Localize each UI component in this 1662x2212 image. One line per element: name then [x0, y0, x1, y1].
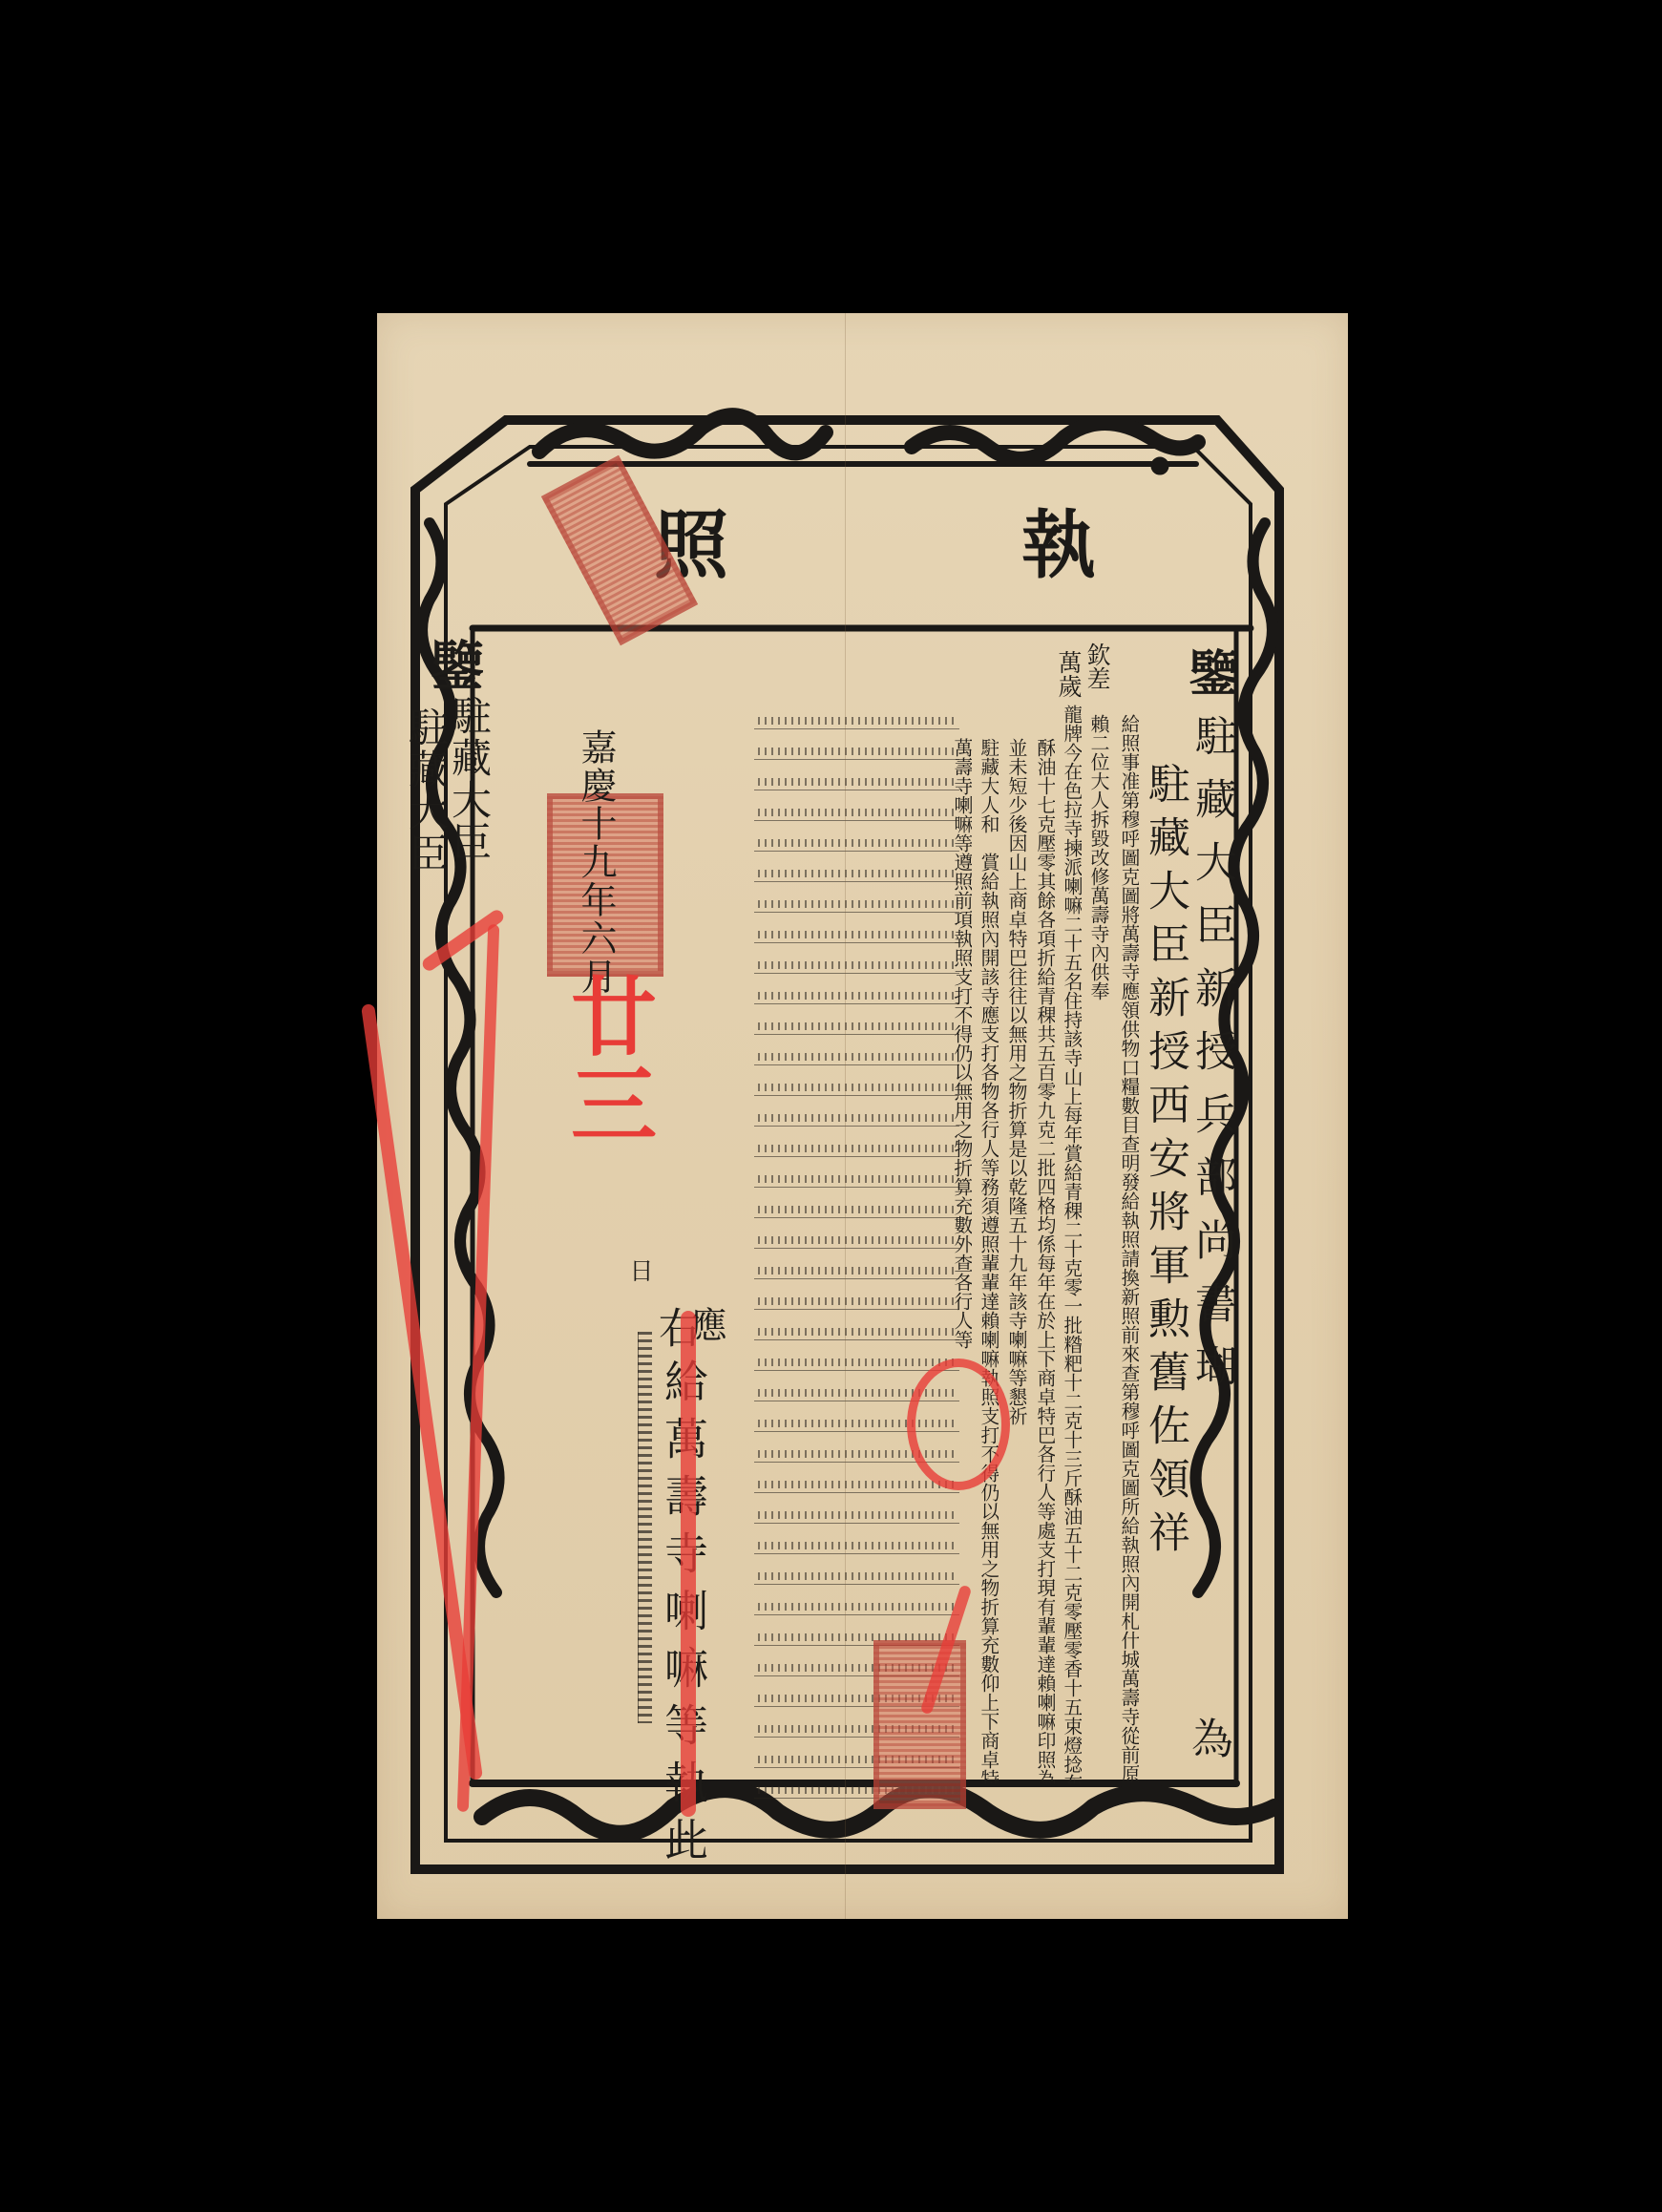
left-official-col1: 駐藏大臣 — [449, 695, 489, 863]
body-col-5: 並未短少後因山上商卓特巴往往以無用之物折算是以乾隆五十九年該寺喇嘛等懇祈 — [1007, 738, 1026, 1425]
body-col-6: 駐藏大人和 賞給執照內開該寺應支打各物各行人等務須遵照輩輩達賴喇嘛執照支打不得仍… — [979, 738, 999, 1783]
right-seal-mark: 鑒 — [1184, 647, 1233, 699]
official-title-col1: 駐藏大臣新授兵部尚書瑚 — [1190, 714, 1232, 1407]
tibetan-vertical-line — [638, 1332, 652, 1723]
day-vermilion: 廿三 — [563, 972, 649, 1148]
official-title-col2: 駐藏大臣新授西安將軍勲舊佐領祥 — [1144, 762, 1186, 1564]
left-seal-mark: 鑒 — [427, 638, 480, 693]
body-col-4: 酥油十七克壓零其餘各項折給青稞共五百零九克二批四格均係每年在於上下商卓特巴各行人… — [1036, 738, 1055, 1783]
permit-paper: 執 照 鑒 駐藏大臣新授兵部尚書瑚 駐藏大臣新授西安將軍勲舊佐領祥 為 欽差 萬… — [377, 313, 1348, 1919]
day-suffix: 日 — [628, 1258, 652, 1282]
body-col-1: 給照事准第穆呼圖克圖將萬壽寺應領供物口糧數目查明發給執照請換新照前來查第穆呼圖克… — [1120, 714, 1139, 1783]
imperial-col1: 欽差 — [1085, 643, 1109, 690]
tibetan-seal — [873, 1640, 966, 1809]
closing-char: 為 — [1187, 1717, 1229, 1760]
imperial-col2: 萬歲 — [1057, 650, 1081, 698]
vermilion-stroke-recipient — [681, 1311, 696, 1817]
vermilion-circle — [907, 1359, 1010, 1490]
title-char-zhi: 執 — [1021, 509, 1096, 583]
left-official-col2: 駐藏大臣 — [406, 706, 446, 874]
issue-date: 嘉慶十九年六月 — [578, 728, 614, 996]
body-col-3: 龍牌今在色拉寺揀派喇嘛二十五名住持該寺山上每年賞給青稞二十克零一批糌粑十二克十三… — [1062, 705, 1082, 1783]
body-col-2: 賴二位大人拆毀改修萬壽寺內供奉 — [1089, 714, 1108, 1001]
